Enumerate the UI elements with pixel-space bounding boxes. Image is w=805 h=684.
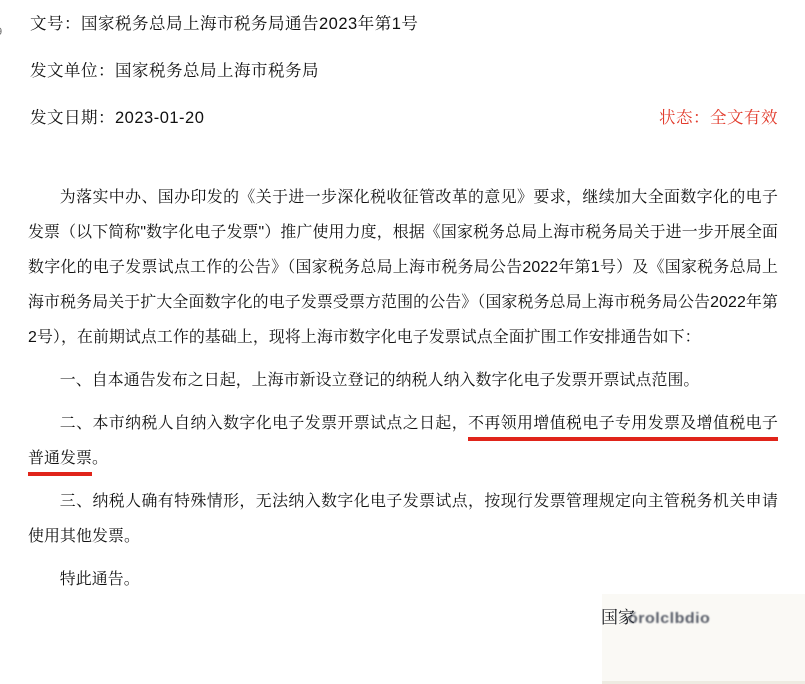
status-value: 全文有效 [710,109,778,127]
item-2-prefix: 二、本市纳税人自纳入数字化电子发票开票试点之日起， [60,415,468,432]
item-1-paragraph: 一、自本通告发布之日起，上海市新设立登记的纳税人纳入数字化电子发票开票试点范围。 [28,363,778,398]
status-label: 状态： [659,109,710,127]
item-2-paragraph: 二、本市纳税人自纳入数字化电子发票开票试点之日起，不再领用增值税电子专用发票及增… [28,406,778,476]
issue-date-label: 发文日期： [30,109,115,127]
edge-artifact: 9 [0,26,2,38]
signature-line: 国家ŏrolclbdio [601,603,710,628]
closing-line: 特此通告。 [28,562,778,597]
issue-date-row: 发文日期：2023-01-20 状态：全文有效 [30,95,778,142]
item-2-suffix: 。 [92,450,108,467]
document-meta: 文号：国家税务总局上海市税务局通告2023年第1号 发文单位：国家税务总局上海市… [30,0,778,142]
item-3-paragraph: 三、纳税人确有特殊情形，无法纳入数字化电子发票试点，按现行发票管理规定向主管税务… [28,484,778,554]
watermark-text: ŏrolclbdio [628,610,710,627]
doc-number-value: 国家税务总局上海市税务局通告2023年第1号 [81,15,418,33]
doc-number-label: 文号： [30,15,81,33]
issuing-unit-row: 发文单位：国家税务总局上海市税务局 [30,48,778,95]
issuing-unit-label: 发文单位： [30,62,115,80]
issue-date-group: 发文日期：2023-01-20 [30,95,204,142]
issue-date-value: 2023-01-20 [115,109,204,127]
doc-number-row: 文号：国家税务总局上海市税务局通告2023年第1号 [30,1,778,48]
status-badge: 状态：全文有效 [659,95,778,142]
document-body: 为落实中办、国办印发的《关于进一步深化税收征管改革的意见》要求，继续加大全面数字… [28,180,778,597]
intro-paragraph: 为落实中办、国办印发的《关于进一步深化税收征管改革的意见》要求，继续加大全面数字… [28,180,778,355]
issuing-unit-value: 国家税务总局上海市税务局 [115,62,319,80]
